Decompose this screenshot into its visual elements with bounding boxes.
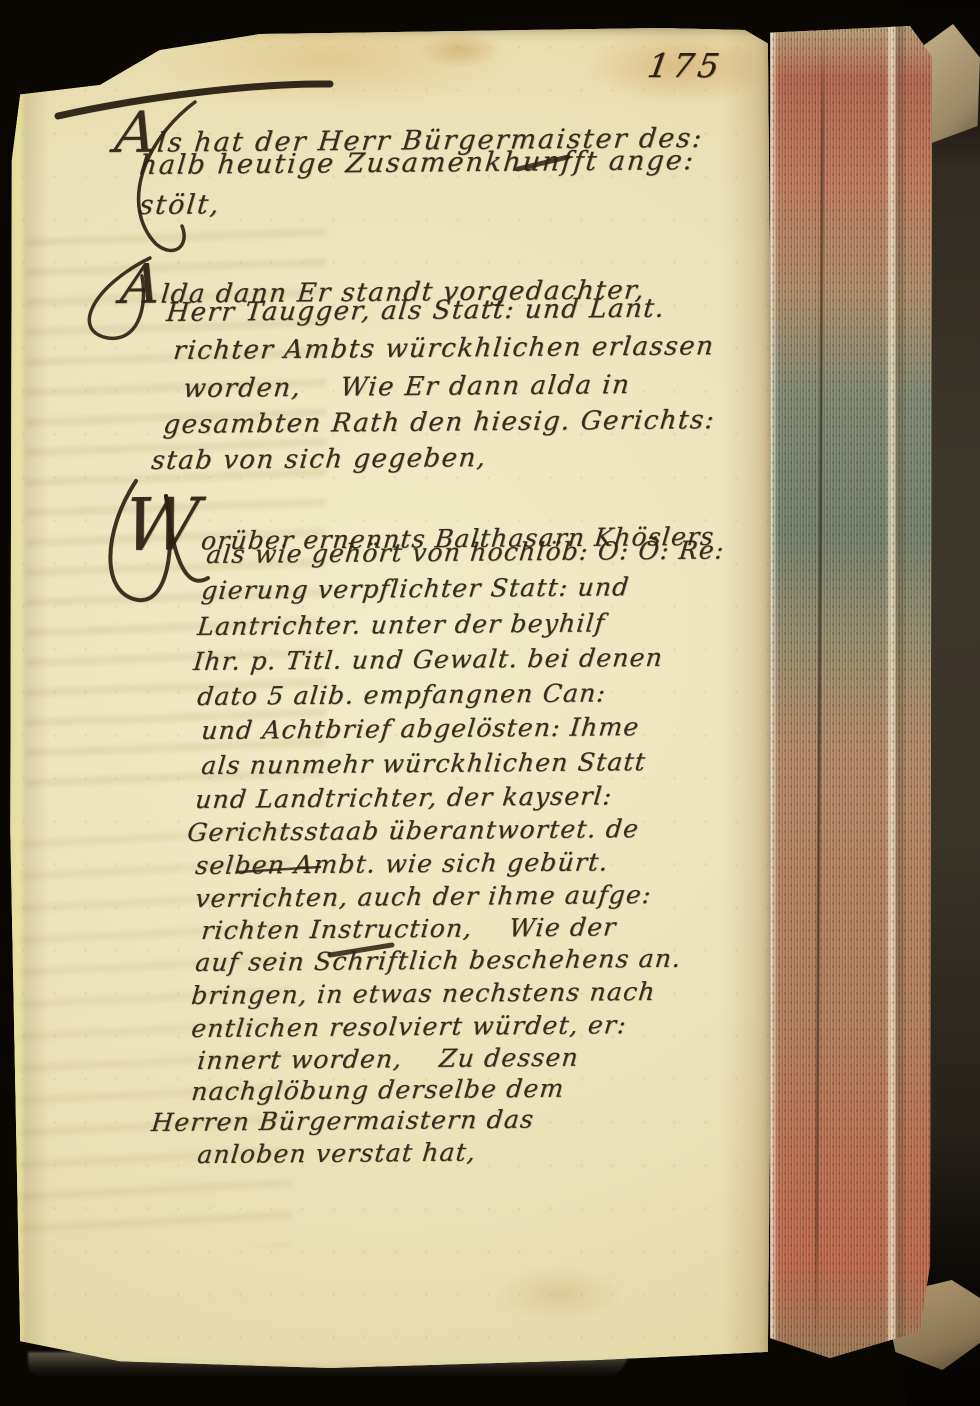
text-line: Lantrichter. unter der beyhilf [196, 608, 607, 641]
text-line: bringen, in etwas nechstens nach [190, 977, 657, 1010]
text-line: verrichten, auch der ihme aufge: [194, 880, 653, 913]
text-line: gierung verpflichter Statt: und [200, 572, 631, 605]
text-line: Gerichtsstaab überantwortet. de [186, 814, 641, 847]
text-line: und Achtbrief abgelösten: Ihme [200, 712, 641, 745]
manuscript-scan: 175 Als hat der Herr Bürgermaister des: … [0, 0, 980, 1406]
text-line: Herr Taugger, als Statt: und Lant. [165, 294, 667, 328]
text-line: Ihr. p. Titl. und Gewalt. bei denen [192, 643, 664, 676]
text-line: und Landtrichter, der kayserl: [194, 781, 614, 814]
text-line: stölt, [138, 189, 222, 221]
text-line: innert worden, Zu dessen [196, 1043, 580, 1075]
text-line: als wie gehört von hochlöb: O: Ö: Re: [205, 535, 726, 569]
text-line: worden, Wie Er dann alda in [182, 370, 632, 404]
text-line: selben Ambt. wie sich gebürt. [194, 847, 610, 880]
text-line: richter Ambts würckhlichen erlassen [172, 331, 716, 366]
text-line: richten Instruction, Wie der [200, 912, 618, 945]
manuscript-page: 175 Als hat der Herr Bürgermaister des: … [8, 26, 774, 1368]
text-line: Herren Bürgermaistern das [150, 1105, 536, 1137]
text-line: nachglöbung derselbe dem [190, 1074, 566, 1106]
text-line: entlichen resolviert würdet, er: [190, 1010, 628, 1043]
text-line: auf sein Schriftlich beschehens an. [194, 944, 683, 977]
page-number: 175 [645, 46, 726, 85]
text-line: halb heutige Zusamenkhunfft ange: [138, 145, 696, 181]
fore-edge-crack [815, 26, 825, 1358]
text-line: anloben verstat hat, [196, 1138, 478, 1169]
text-line: stab von sich gegeben, [150, 443, 488, 476]
text-line: gesambten Rath den hiesig. Gerichts: [162, 405, 717, 440]
book-fore-edge [770, 26, 932, 1358]
text-line: als nunmehr würckhlichen Statt [200, 747, 647, 780]
text-line: dato 5 alib. empfangnen Can: [196, 678, 608, 711]
